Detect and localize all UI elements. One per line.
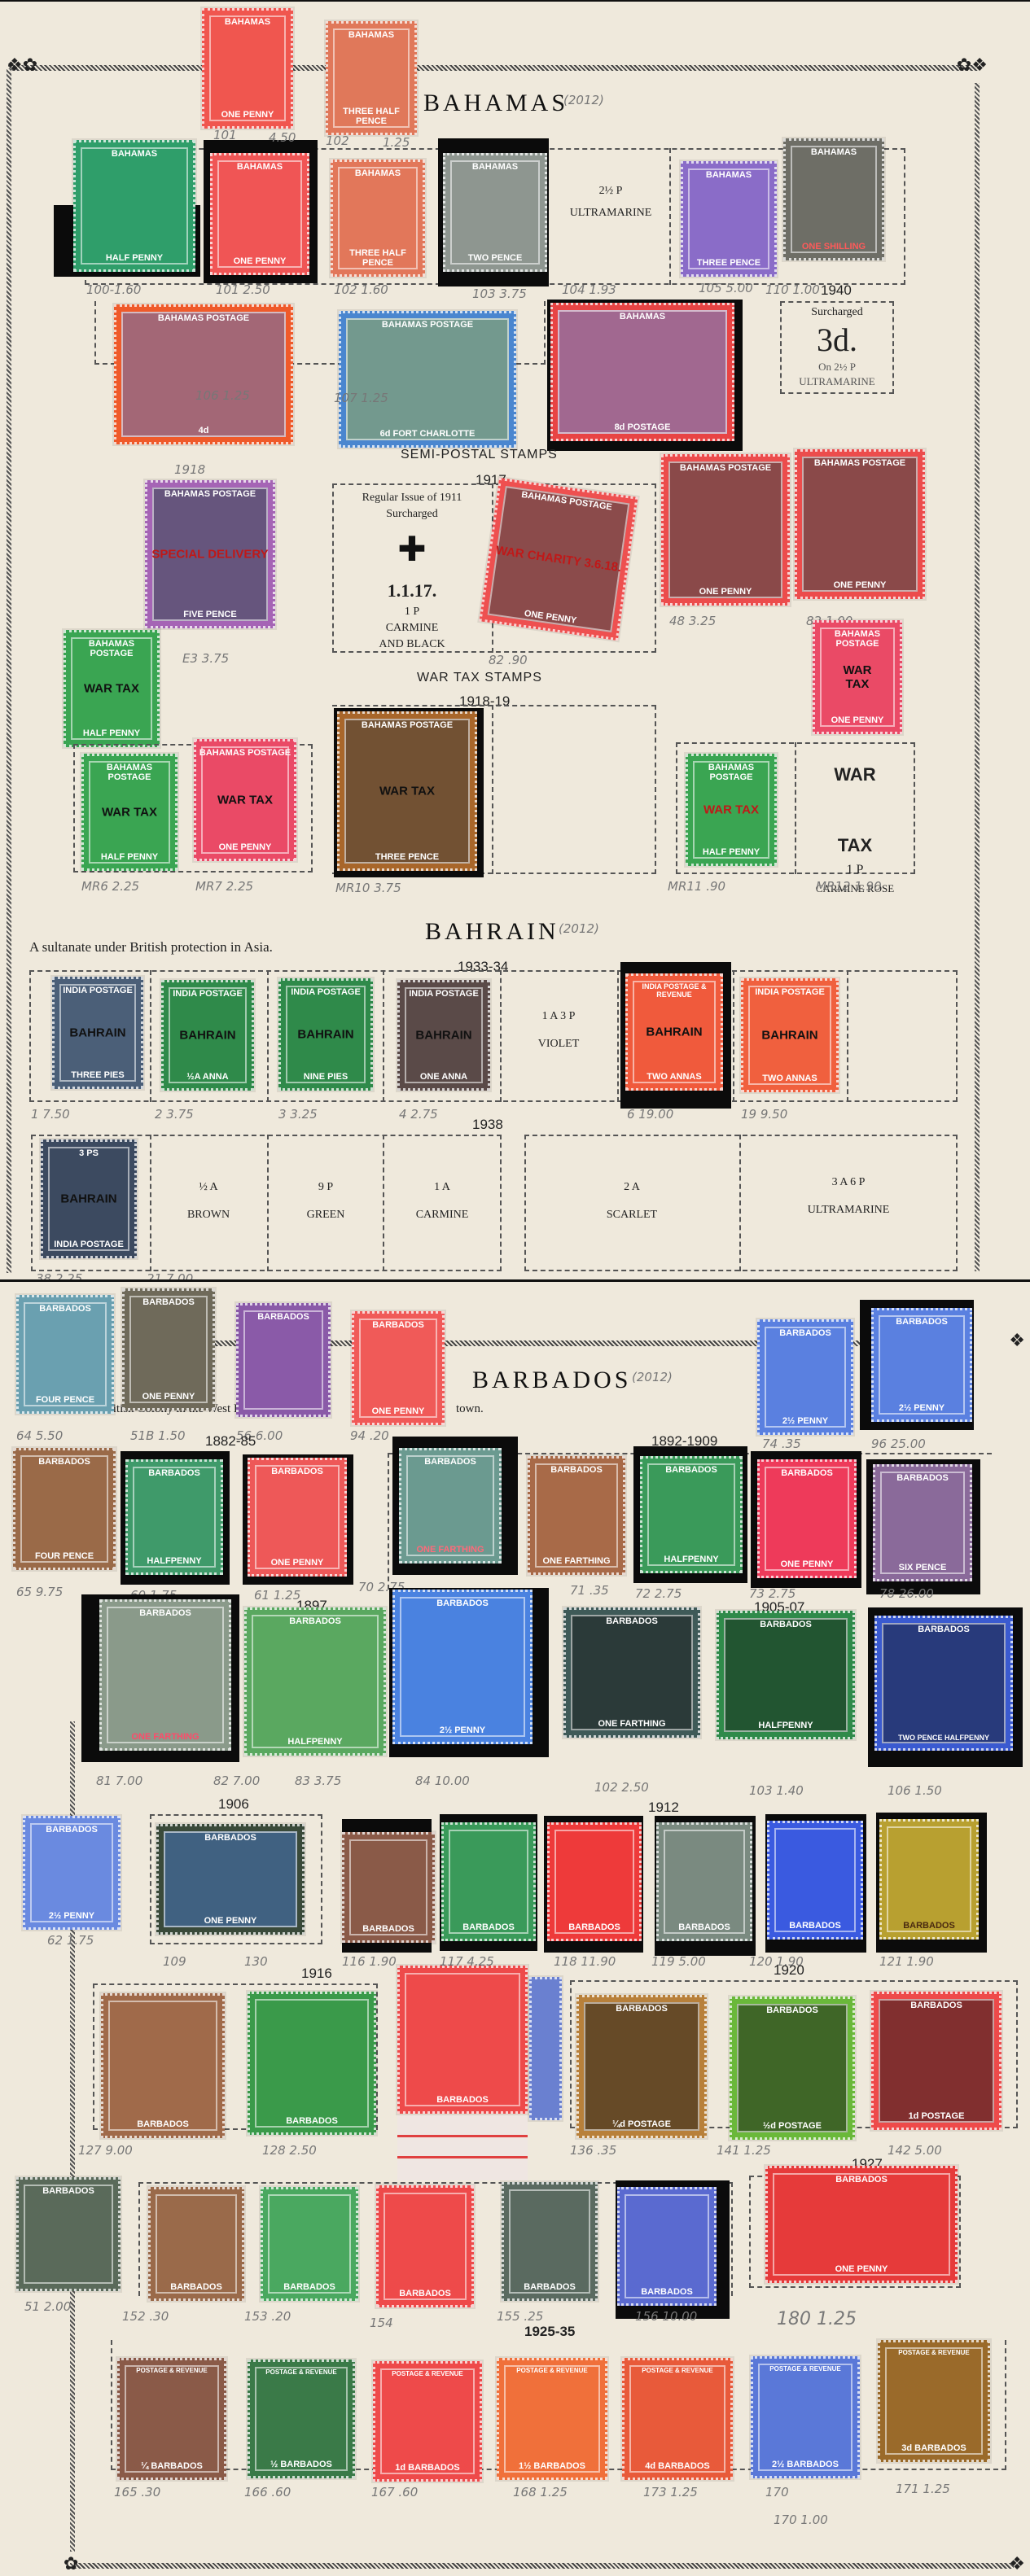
pencil-mark: 121 1.90 [879, 1954, 934, 1969]
pencil-mark: 101 2.50 [216, 282, 270, 297]
empty-slot-1a3p-violet: 1 A 3 P VIOLET [502, 1003, 616, 1057]
pencil-mark: 83 3.75 [295, 1773, 341, 1788]
corner-ornament-icon: ✿ [64, 2556, 78, 2574]
pencil-mark: 156 10.00 [635, 2309, 697, 2324]
stamp: BARBADOS [261, 2187, 358, 2301]
stamp: BAHAMASONE PENNY [210, 153, 309, 275]
pencil-mark: 4.50 [269, 130, 296, 145]
pencil-mark: 51 2.00 [24, 2299, 71, 2314]
stamp: INDIA POSTAGEBAHRAINTHREE PIES [52, 977, 143, 1089]
pencil-mark: 74 .35 [762, 1437, 801, 1451]
pencil-mark: 141 1.25 [717, 2143, 771, 2158]
pencil-mark: 82 .90 [489, 653, 528, 667]
stamp: BARBADOSONE PENNY [757, 1459, 857, 1578]
stamp: INDIA POSTAGEBAHRAINONE ANNA [397, 980, 490, 1091]
stamp: BARBADOS [397, 1966, 528, 2114]
slot-divider [669, 148, 671, 285]
pencil-mark: 173 1.25 [643, 2485, 698, 2499]
year-label: 1938 [472, 1117, 503, 1133]
pencil-mark: 2 3.75 [155, 1107, 194, 1122]
stamp: BARBADOS [502, 2182, 598, 2301]
stamp: BAHAMAS POSTAGEWAR TAXHALF PENNY [64, 630, 160, 747]
pencil-mark: 102 1.60 [334, 282, 388, 297]
country-description-tail: town. [456, 1402, 484, 1416]
pencil-mark: 65 9.75 [16, 1585, 63, 1599]
pencil-mark: 167 .60 [371, 2485, 418, 2499]
stamp: 3 PSBAHRAININDIA POSTAGE [41, 1139, 137, 1258]
stamp: BAHAMAS POSTAGE4d [114, 304, 293, 444]
stamp-partial [529, 1977, 562, 2120]
stamp: INDIA POSTAGEBAHRAIN½A ANNA [161, 980, 254, 1091]
pencil-mark: 102 [326, 133, 349, 148]
stamp: BARBADOS [236, 1303, 331, 1417]
slot-divider [267, 970, 269, 1102]
slot-divider [150, 970, 151, 1102]
stamp: BAHAMAS POSTAGEWAR CHARITY 3.6.18.ONE PE… [479, 478, 638, 641]
pencil-mark: 127 9.00 [78, 2143, 133, 2158]
year-label: 1920 [774, 1962, 804, 1979]
slot-divider [617, 970, 619, 1102]
stamp: POSTAGE & REVENUE3d BARBADOS [878, 2340, 990, 2462]
page-border-right [975, 83, 980, 1271]
pencil-mark: 153 .20 [244, 2309, 291, 2324]
album-page-barbados: ❖ ✿ ❖ BARBADOS (2012) A British Colony i… [0, 1279, 1030, 2576]
stamp: BARBADOS [879, 1819, 979, 1940]
pencil-mark: 130 [244, 1954, 268, 1969]
pencil-mark: 94 .20 [350, 1428, 389, 1443]
pencil-mark: 107 1.25 [334, 391, 388, 405]
stamp: BARBADOSTWO PENCE HALFPENNY [874, 1616, 1013, 1751]
slot-color: ULTRAMARINE [554, 203, 668, 225]
pencil-mark: 103 3.75 [472, 286, 527, 301]
pencil-mark: 118 11.90 [554, 1954, 616, 1969]
stamp: BARBADOS1d POSTAGE [871, 1992, 1002, 2130]
stamp: BARBADOS [16, 2177, 121, 2291]
page-border-top [8, 65, 980, 71]
year-label: 1916 [301, 1966, 332, 1982]
stamp: BAHAMAS POSTAGEWAR TAXHALF PENNY [686, 754, 777, 866]
red-cross-icon: ✚ [334, 523, 490, 578]
section-heading-war-tax: WAR TAX STAMPS [417, 671, 542, 685]
stamp: BARBADOS [617, 2187, 717, 2306]
pencil-note: 1918 [174, 462, 205, 477]
stamp: BARBADOSONE FARTHING [528, 1456, 625, 1575]
pencil-mark: 106 1.25 [195, 388, 250, 403]
pencil-mark: 154 [370, 2316, 393, 2330]
stamp: BARBADOSONE PENNY [765, 2166, 958, 2283]
stamp: BAHAMAS8d POSTAGE [550, 303, 734, 441]
pencil-mark: 51B 1.50 [130, 1428, 186, 1443]
stamp: BARBADOSFOUR PENCE [13, 1448, 116, 1570]
pencil-note: (2012) [563, 93, 604, 107]
pencil-mark: 128 2.50 [262, 2143, 317, 2158]
pencil-mark: 102 2.50 [594, 1780, 649, 1795]
stamp: BARBADOSHALFPENNY [717, 1611, 855, 1739]
stamp: POSTAGE & REVENUE2½ BARBADOS [751, 2356, 860, 2478]
page-border-left [7, 68, 11, 1273]
stamp: BAHAMAS POSTAGESPECIAL DELIVERYFIVE PENC… [145, 480, 275, 628]
surcharge-description: Surcharged 3d. On 2½ P ULTRAMARINE [780, 304, 894, 389]
pencil-mark: 72 2.75 [635, 1586, 682, 1601]
stamp: BAHAMAS POSTAGEONE PENNY [795, 449, 925, 599]
stamp: INDIA POSTAGE & REVENUEBAHRAINTWO ANNAS [625, 973, 723, 1091]
stamp: POSTAGE & REVENUE1½ BARBADOS [497, 2358, 607, 2480]
pencil-mark: 71 .35 [570, 1583, 609, 1598]
stamp: BARBADOS [441, 1822, 536, 1941]
stamp: BARBADOSHALFPENNY [125, 1459, 223, 1575]
stamp: BAHAMAS POSTAGEWARTAXONE PENNY [813, 620, 902, 734]
pencil-mark: 119 5.00 [651, 1954, 706, 1969]
stamp: BARBADOS2½ PENNY [871, 1308, 972, 1422]
pencil-mark: 155 .25 [497, 2309, 543, 2324]
stamp: BARBADOS2½ PENNY [392, 1590, 533, 1744]
stamp: BAHAMASONE PENNY [202, 8, 293, 129]
pencil-mark: 103 1.40 [749, 1783, 804, 1798]
pencil-mark: 100-1.60 [86, 282, 141, 297]
stamp: BARBADOS [767, 1821, 863, 1940]
war-tax-1p-carmine-rose-slot: WAR TAX 1 P CARMINE ROSE [796, 760, 914, 898]
country-title-bahrain: BAHRAIN [425, 918, 559, 946]
country-description: A sultanate under British protection in … [29, 939, 273, 956]
country-title-barbados: BARBADOS [472, 1367, 631, 1394]
page-border-bottom [70, 2563, 1014, 2569]
pencil-mark: 105 5.00 [699, 281, 753, 295]
stamp: BARBADOS¼d POSTAGE [576, 1995, 707, 2138]
pencil-mark: 106 1.50 [888, 1783, 942, 1798]
pencil-mark: 110 1.00 [765, 282, 820, 297]
stamp: POSTAGE & REVENUE4d BARBADOS [622, 2358, 733, 2480]
corner-ornament-icon: ❖ [1009, 2556, 1025, 2574]
stamp: BARBADOSONE PENNY [248, 1458, 347, 1577]
country-title-bahamas: BAHAMAS [423, 90, 568, 117]
year-label: 1940 [821, 282, 852, 299]
pencil-mark: 4 2.75 [399, 1107, 438, 1122]
stamp: BARBADOS [376, 2185, 474, 2307]
year-label: 1912 [648, 1800, 679, 1816]
stamp: BAHAMAS POSTAGEONE PENNY [661, 454, 790, 606]
stamp: BARBADOS [342, 1832, 435, 1943]
pencil-mark: 170 1.00 [774, 2513, 828, 2527]
stamp: BARBADOSONE FARTHING [399, 1448, 502, 1564]
pencil-mark: 142 5.00 [888, 2143, 942, 2158]
pencil-mark: 84 10.00 [415, 1773, 470, 1788]
stamp: BARBADOSHALFPENNY [244, 1607, 386, 1756]
stamp: BARBADOS2½ PENNY [23, 1816, 121, 1930]
pencil-mark: MR10 3.75 [335, 881, 401, 895]
year-label: 1925-35 [524, 2324, 575, 2340]
pencil-mark: 166 .60 [244, 2485, 291, 2499]
stamp: BAHAMASHALF PENNY [73, 140, 195, 272]
stamp: INDIA POSTAGEBAHRAINNINE PIES [278, 978, 373, 1091]
pencil-mark: 170 [765, 2485, 789, 2499]
stamp: BARBADOSHALFPENNY [640, 1456, 743, 1573]
year-label: 1906 [218, 1796, 249, 1813]
pencil-mark: 1 7.50 [31, 1107, 70, 1122]
stamp: INDIA POSTAGEBAHRAINTWO ANNAS [741, 978, 839, 1092]
stamp: BARBADOSSIX PENCE [873, 1464, 972, 1581]
slot-divider [383, 970, 384, 1102]
stamp: BAHAMAS POSTAGEWAR TAXONE PENNY [194, 739, 296, 861]
slot-value: 2½ P [554, 181, 668, 203]
pencil-mark: 6 19.00 [627, 1107, 673, 1122]
pencil-mark: 168 1.25 [513, 2485, 568, 2499]
stamp: BARBADOS [547, 1822, 642, 1941]
pencil-mark: MR6 2.25 [81, 879, 139, 894]
pencil-mark: 3 3.25 [278, 1107, 318, 1122]
corner-ornament-icon: ✿❖ [957, 57, 988, 75]
pencil-mark: MR11 .90 [668, 879, 725, 894]
corner-ornament-icon: ❖✿ [7, 57, 37, 75]
stamp: BAHAMASTHREE PENCE [681, 161, 777, 277]
stamp: BAHAMAS POSTAGEWAR TAXTHREE PENCE [337, 711, 477, 871]
section-heading-semi-postal: SEMI-POSTAL STAMPS [401, 448, 558, 462]
stamp: BARBADOS2½ PENNY [757, 1319, 853, 1435]
pencil-mark: 136 .35 [570, 2143, 616, 2158]
pencil-mark: 78 26.00 [879, 1586, 934, 1601]
empty-slot: 1 ACARMINE [384, 1174, 500, 1228]
stamp: BARBADOSONE PENNY [352, 1311, 445, 1425]
stamp: BAHAMASTWO PENCE [443, 153, 547, 272]
pencil-mark: 165 .30 [114, 2485, 160, 2499]
pencil-mark: 64 5.50 [16, 1428, 63, 1443]
pencil-mark: 180 1.25 [777, 2309, 857, 2329]
pencil-note: (2012) [559, 921, 599, 936]
stamp: POSTAGE & REVENUE¼ BARBADOS [117, 2358, 226, 2480]
pencil-mark: 116 1.90 [342, 1954, 397, 1969]
pencil-mark: 81 7.00 [96, 1773, 142, 1788]
regular-issue-1911-description: Regular Issue of 1911 Surcharged ✚ 1.1.1… [334, 490, 490, 654]
slot-divider [733, 970, 734, 1102]
stamp: BARBADOSONE PENNY [156, 1824, 305, 1935]
corner-ornament-icon: ❖ [1009, 1332, 1025, 1350]
stamp: BARBADOS [101, 1993, 225, 2138]
empty-slot: 9 PGREEN [269, 1174, 383, 1228]
stamp: POSTAGE & REVENUE½ BARBADOS [248, 2360, 355, 2478]
slot-divider [847, 970, 848, 1102]
empty-slot: ½ ABROWN [151, 1174, 265, 1228]
slot-divider [492, 705, 493, 874]
stamp: BARBADOS [248, 1992, 376, 2135]
stamp: BAHAMAS POSTAGE6d FORT CHARLOTTE [339, 311, 516, 448]
stamp: BARBADOS½d POSTAGE [730, 1997, 855, 2140]
sheet-margin [397, 2115, 528, 2180]
stamp: BARBADOSFOUR PENCE [16, 1295, 114, 1414]
pencil-mark: 171 1.25 [896, 2482, 950, 2496]
stamp: BAHAMAS POSTAGEWAR TAXHALF PENNY [81, 754, 178, 871]
empty-slot-2-5p: 2½ P ULTRAMARINE [554, 181, 668, 224]
pencil-mark: 96 25.00 [871, 1437, 926, 1451]
empty-slot: 3 A 6 PULTRAMARINE [741, 1169, 956, 1223]
stamp: BARBADOS [656, 1822, 752, 1941]
stamp: BARBADOSONE FARTHING [99, 1599, 231, 1751]
pencil-mark: 1.25 [383, 135, 410, 150]
pencil-mark: 61 1.25 [254, 1588, 300, 1603]
pencil-mark: 101 [213, 128, 237, 142]
pencil-mark: 19 9.50 [741, 1107, 787, 1122]
pencil-mark: MR12 1.90 [816, 879, 882, 894]
pencil-mark: 152 .30 [122, 2309, 169, 2324]
pencil-mark: MR7 2.25 [195, 879, 253, 894]
year-label: 1882-85 [205, 1433, 256, 1450]
pencil-mark: 62 1.75 [47, 1933, 94, 1948]
stamp: BAHAMASTHREE HALF PENCE [326, 21, 417, 135]
pencil-note: (2012) [632, 1370, 673, 1384]
stamp: BARBADOSONE FARTHING [563, 1607, 700, 1738]
pencil-mark: 109 [163, 1954, 186, 1969]
album-page-bahamas-bahrain: ❖✿ ✿❖ BAHAMAS (2012) 2½ P ULTRAMARINE BA… [0, 0, 1030, 1279]
pencil-mark: 48 3.25 [669, 614, 716, 628]
stamp: BARBADOS [148, 2187, 244, 2301]
pencil-mark: 38 2.25 [36, 1271, 82, 1279]
empty-slot: 2 ASCARLET [526, 1174, 738, 1228]
stamp: BAHAMASONE SHILLING [783, 138, 884, 260]
stamp: BAHAMASTHREE HALF PENCE [331, 160, 425, 277]
pencil-mark: E3 3.75 [182, 651, 229, 666]
stamp: BARBADOSONE PENNY [122, 1288, 215, 1410]
stamp: POSTAGE & REVENUE1d BARBADOS [373, 2361, 482, 2482]
pencil-mark: 104 1.93 [562, 282, 616, 297]
pencil-mark: 21 7.00 [147, 1271, 193, 1279]
pencil-mark: 82 7.00 [213, 1773, 260, 1788]
